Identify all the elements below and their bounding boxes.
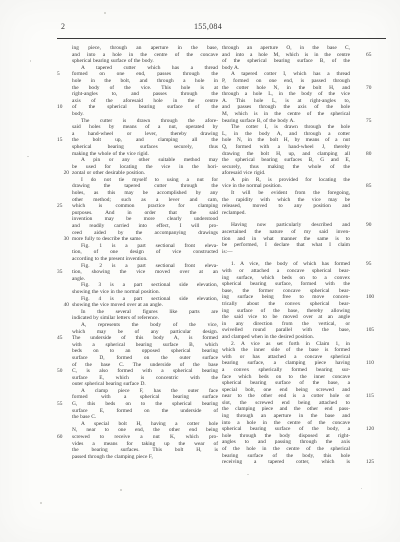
text-line: spherical bearing surface of the body. [72, 58, 218, 65]
text-line: drawing the tapered cutter through the [72, 183, 218, 190]
text-line-content: making the whole of the vice rigid. [72, 151, 149, 157]
text-line-content: passed through the clamping piece F, [72, 454, 153, 460]
text-line: the base C. [72, 414, 218, 421]
text-line-content: M, which is in the centre of the spheric… [222, 111, 350, 117]
text-line-content: outer spherical bearing surface D. [72, 381, 146, 387]
text-line-content: bearing surface, a clamping piece having [222, 360, 350, 366]
text-line-content: ascertained the nature of my said inven- [222, 229, 350, 235]
text-line-content: the bearing surfaces. This bolt H, is [72, 447, 218, 453]
text-line-content: Fig. 3 is a part sectional side elevatio… [81, 282, 218, 288]
text-line-content: through a hole L, in the body of the vic… [222, 91, 350, 97]
text-line: with or attached a concave spherical bea… [222, 268, 350, 275]
text-line-content: purposes. And in order that the said [72, 210, 218, 216]
line-number: 10 [57, 104, 69, 111]
text-line: of the spherical bearing surface of the1… [72, 104, 218, 111]
text-line-content: A. This hole L, is at right-angles to, [222, 98, 350, 104]
text-line: spherical bearing surfaces securely, thu… [72, 144, 218, 151]
text-line-content: indicated by similar letters of referenc… [72, 315, 159, 321]
line-number: 105 [366, 327, 382, 334]
text-line-content: be performed, I declare that what I clai… [222, 242, 350, 248]
text-line: I do not tie myself to using a nut for [72, 177, 218, 184]
text-line-content: P, formed on one end, is passed through [222, 78, 350, 84]
line-number: 30 [57, 236, 69, 243]
text-line-content: tion, showing the vice moved over at an [72, 269, 218, 275]
line-number: 115 [366, 393, 382, 400]
text-line-content: securely, thus making the whole of the [222, 164, 350, 170]
text-line: formed on one end, passes through the5 [72, 71, 218, 78]
text-line-content: L, in the body A, and through a cotter [222, 131, 350, 137]
text-line-content: A pin or any other suitable method may [81, 157, 218, 163]
text-line: hole in the bolt, and through a hole in [72, 78, 218, 85]
text-line: Fig. 2 is a part sectional front eleva- [72, 263, 218, 270]
text-line-content: and readily carried into effect, I will … [72, 223, 218, 229]
line-number: 65 [366, 52, 382, 59]
text-line: surface E, formed on the underside of [72, 408, 218, 415]
scan-speck [30, 60, 31, 62]
text-line-content: ing through an aperture in the base and [222, 413, 350, 419]
text-line-content: of the spherical bearing surface B, of t… [222, 58, 350, 64]
text-line: It will be evident from the foregoing, [222, 190, 350, 197]
text-line-content: drawing the tapered cutter through the [72, 183, 218, 189]
text-line-content: angle. [72, 276, 85, 282]
text-line: bearing surface B, of the body A.75 [222, 118, 350, 125]
line-number: 70 [366, 85, 382, 92]
line-number: 125 [366, 459, 382, 466]
line-number: 90 [366, 222, 382, 229]
text-line: C, is also formed with a spherical beari… [72, 368, 218, 375]
header-rule [57, 38, 386, 39]
text-line-content: spherical bearing surface of the body. [72, 58, 154, 64]
text-line: of the spherical bearing surface B, of t… [222, 58, 350, 65]
text-line-content: beds on to an opposed spherical bearing [72, 348, 218, 354]
text-line: screwed to receive a nut K, which pro-60 [72, 434, 218, 441]
text-line: and readily carried into effect, I will … [72, 223, 218, 230]
text-line: and clamped when in the desired position… [222, 334, 350, 341]
text-line-content: tion, of one design of vice constructed [72, 249, 218, 255]
text-line-content: The underside of this body A, is formed [72, 335, 218, 341]
text-line: ing surface of the base, thereby allowin… [222, 308, 350, 315]
text-line-content: the cotter hole N, in the bolt H, and [222, 85, 350, 91]
text-line-content: angles to and passing through the axis [222, 439, 350, 445]
text-line-content: ing surface, which beds on to a convex [222, 275, 350, 281]
line-number: 35 [57, 269, 69, 276]
line-number: 5 [57, 71, 69, 78]
text-line: Fig. 3 is a part sectional side elevatio… [72, 282, 218, 289]
text-line: which the inner side of the base is form… [222, 347, 350, 354]
text-line-content: surface E, formed on the underside of [72, 408, 218, 414]
text-line: hole N, in the bolt H, by means of a nut [222, 137, 350, 144]
text-line-content: In the several figures like parts are [81, 309, 218, 315]
text-line-content: surface D, formed on the outer surface [72, 355, 218, 361]
text-line-content: a hand-wheel or lever, thereby drawing [72, 131, 218, 137]
scan-speck [120, 489, 122, 491]
text-line: near to the other end is a cotter hole o… [222, 393, 350, 400]
text-line: bearing surface, a clamping piece having… [222, 360, 350, 367]
text-line-content: through an aperture O, in the base C, [222, 45, 350, 51]
line-number: 50 [57, 368, 69, 375]
text-line: and passes through the axis of the hole [222, 104, 350, 111]
text-line-content: hole in the bolt, and through a hole in [72, 78, 218, 84]
text-line-content: The cutter is drawn through the afore- [81, 118, 218, 124]
text-line-content: face which beds on to the inner concave [222, 374, 350, 380]
text-line-content: drawing the bolt H, up, and clamping all [222, 151, 350, 157]
text-line-content: A pin R, is provided for locating the [231, 177, 350, 183]
text-line-content: zontal or other desirable position. [72, 170, 145, 176]
text-line: be performed, I declare that what I clai… [222, 242, 350, 249]
text-line-content: screwed to receive a nut K, which pro- [72, 434, 218, 440]
line-number: 25 [57, 203, 69, 210]
text-line: be used for locating the vice in the hor… [72, 164, 218, 171]
line-number: 60 [57, 434, 69, 441]
text-line-content: of the hole in the centre of the spheric… [222, 446, 350, 452]
text-line-content: hole through the body disposed at right- [222, 433, 350, 439]
text-line-content: of the base C. The underside of the base [72, 362, 218, 368]
text-line: slot, the screwed end being attached to [222, 400, 350, 407]
text-line-content: Fig. 2 is a part sectional front eleva- [81, 263, 218, 269]
text-line-content: A, represents the body of the vice, [81, 322, 218, 328]
text-line-content: A special bolt H, having a cotter hole [81, 421, 218, 427]
text-line-content: showing the vice in the normal position. [72, 289, 160, 295]
text-line: receiving a tapered cotter, which is125 [222, 459, 350, 466]
text-line-content: according to the present invention. [72, 256, 148, 262]
text-line-content: receiving a tapered cotter, which is [222, 459, 350, 465]
text-line-content: Having now particularly described and [231, 222, 350, 228]
text-line-content: the body of the vice. This hole is at [72, 85, 218, 91]
text-line-content: special bolt, one end being screwed and [222, 387, 350, 393]
text-line: in any direction from the vertical, or [222, 321, 350, 328]
text-line: bearing surface of the body, this hole [222, 453, 350, 460]
text-line-content: Q, formed with a hand-wheel J, thereby [222, 144, 350, 150]
text-line: the body of the vice. This hole is at [72, 85, 218, 92]
text-line-content: A clamp piece F, has the outer face [81, 388, 218, 394]
text-line: purposes. And in order that the said [72, 210, 218, 217]
text-line-content: vides a means for taking up the wear of [72, 441, 218, 447]
column-left: ing piece, through an aperture in the ba… [72, 45, 218, 460]
text-line: showing the vice moved over at an angle.… [72, 302, 218, 309]
line-number: 55 [57, 401, 69, 408]
text-line: trically about the convex spherical bear… [222, 301, 350, 308]
line-number: 80 [366, 151, 382, 158]
line-number: 45 [57, 335, 69, 342]
text-line: A pin or any other suitable method may [72, 157, 218, 164]
text-line-content: C, is also formed with a spherical beari… [72, 368, 218, 374]
text-line-content: N, near to one end, the other end being [72, 427, 218, 433]
text-line-content: A tapered cotter I, which has a thread [231, 71, 350, 77]
text-line-content: invention may be more clearly understood [72, 216, 218, 222]
text-line: Fig. 4 is a part sectional side elevatio… [72, 296, 218, 303]
text-line: making the whole of the vice rigid. [72, 151, 218, 158]
text-line: A tapered cotter I, which has a thread [222, 71, 350, 78]
text-line-content: aforesaid vice rigid. [222, 170, 265, 176]
text-line-content: ceed aided by the accompanying drawings [72, 230, 218, 236]
text-line: 1. A vice, the body of which has formed9… [222, 261, 350, 268]
text-line-content: bearing surface of the body, this hole [222, 453, 350, 459]
text-line-content: and into a hole M, which is in the centr… [222, 52, 350, 58]
scan-speck [361, 488, 362, 489]
text-line-content: Fig. 1 is a part sectional front eleva- [81, 243, 218, 249]
text-line: spherical bearing surface, formed with t… [222, 281, 350, 288]
text-line-content: reclamped. [222, 210, 246, 216]
scan-speck [247, 474, 249, 475]
text-line: the clamping piece and the other end pas… [222, 406, 350, 413]
text-line: tion, showing the vice moved over at an3… [72, 269, 218, 276]
text-line-content: near to the other end is a cotter hole o… [222, 393, 350, 399]
text-line: the bearing surfaces. This bolt H, is [72, 447, 218, 454]
text-line-content: and clamped when in the desired position… [222, 334, 314, 340]
text-line-content: with or attached a concave spherical bea… [222, 268, 350, 274]
text-line-content: trically about the convex spherical bear… [222, 301, 350, 307]
text-line: aforesaid vice rigid. [222, 170, 350, 177]
text-line-content: spherical bearing surfaces securely, thu… [72, 144, 218, 150]
text-line: through an aperture O, in the base C, [222, 45, 350, 52]
line-number: 120 [366, 426, 382, 433]
text-line: a convex spherically formed bearing sur- [222, 367, 350, 374]
text-line: which is common practice for clamping25 [72, 203, 218, 210]
text-line: right-angles to, and passes through the [72, 91, 218, 98]
text-line: angle. [72, 276, 218, 283]
scan-speck [27, 156, 29, 157]
text-line: showing the vice in the normal position. [72, 289, 218, 296]
page-number: 2 [61, 22, 65, 31]
text-line: A, represents the body of the vice, [72, 322, 218, 329]
text-line: the bolt up, and clamping all the15 [72, 137, 218, 144]
text-line-content: formed with a spherical bearing surface [72, 394, 218, 400]
text-line: of the hole in the centre of the spheric… [222, 446, 350, 453]
text-line-content: The cotter I, is drawn through the hole [231, 124, 350, 130]
text-line: spherical bearing surface of the body, a… [222, 426, 350, 433]
text-line-content: swivelled round parallel with the base, [222, 327, 350, 333]
text-line-content: released, moved to any position and [222, 203, 350, 209]
text-line-content: 2. A vice as set forth in Claim 1, in [231, 341, 350, 347]
text-line: beds on to an opposed spherical bearing [72, 348, 218, 355]
text-line: holes, as this may be accomplished by an… [72, 190, 218, 197]
text-line: swivelled round parallel with the base,1… [222, 327, 350, 334]
text-line: through a hole L, in the body of the vic… [222, 91, 350, 98]
text-line-content: axis of the aforesaid hole in the centre [72, 98, 218, 104]
text-line-content: the spherical bearing surfaces B, G and … [222, 157, 350, 163]
text-line: P, formed on one end, is passed through [222, 78, 350, 85]
text-line-content: holes, as this may be accomplished by an… [72, 190, 218, 196]
line-number: 85 [366, 183, 382, 190]
text-line-content: be used for locating the vice in the hor… [72, 164, 218, 170]
text-line-content: It will be evident from the foregoing, [231, 190, 350, 196]
text-line: said holes by means of a nut, operated b… [72, 124, 218, 131]
text-line-content: hole N, in the bolt H, by means of a nut [222, 137, 350, 143]
text-line-content: ing surface being free to move concen- [222, 294, 350, 300]
line-number: 100 [366, 294, 382, 301]
text-line-content: other method; such as a lever and cam, [72, 197, 218, 203]
text-line-content: of the spherical bearing surface of the [72, 104, 218, 110]
text-line: hole through the body disposed at right- [222, 433, 350, 440]
text-line-content: Fig. 4 is a part sectional side elevatio… [81, 296, 218, 302]
text-line: M, which is in the centre of the spheric… [222, 111, 350, 118]
text-line: body. [72, 111, 218, 118]
text-line: a hand-wheel or lever, thereby drawing [72, 131, 218, 138]
text-line: ing through an aperture in the base and [222, 413, 350, 420]
text-line-content: the bolt up, and clamping all the [72, 137, 218, 143]
text-line: The cotter I, is drawn through the hole [222, 124, 350, 131]
text-line-content: bearing surface B, of the body A. [222, 118, 295, 124]
text-line: the said vice to be moved over at an ang… [222, 314, 350, 321]
text-line-content: which the inner side of the base is form… [222, 347, 350, 353]
text-line-content: surface E, which is concentric with the [72, 375, 218, 381]
text-line-content: G, this beds on to the spherical bearing [72, 401, 218, 407]
text-line-content: into a hole in the centre of the concave [222, 420, 350, 426]
scan-speck [40, 502, 42, 504]
text-line-content: slot, the screwed end being attached to [222, 400, 350, 406]
line-number: 15 [57, 137, 69, 144]
text-line-content: a convex spherically formed bearing sur- [222, 367, 350, 373]
text-line: outer spherical bearing surface D. [72, 381, 218, 388]
line-number: 40 [57, 302, 69, 309]
text-line: more fully to describe the same.30 [72, 236, 218, 243]
text-line: released, moved to any position and [222, 203, 350, 210]
text-line: formed with a spherical bearing surface [72, 394, 218, 401]
text-line-content: which is common practice for clamping [72, 203, 218, 209]
scan-speck [104, 12, 106, 14]
text-line: body A. [222, 65, 350, 72]
text-line-content: the clamping piece and the other end pas… [222, 406, 350, 412]
text-line-content: tion and in what manner the same is to [222, 236, 350, 242]
line-number: 20 [57, 170, 69, 177]
text-line: spherical bearing surface of the base, a [222, 380, 350, 387]
text-line-content: formed on one end, passes through the [72, 71, 218, 77]
line-number: 110 [366, 360, 382, 367]
text-line-content: with a spherical bearing surface B, whic… [72, 342, 218, 348]
text-line-content: vice in the normal position. [222, 183, 282, 189]
text-line-content: ing piece, through an aperture in the ba… [72, 45, 218, 51]
text-line: ing surface being free to move concen-10… [222, 294, 350, 301]
text-line-content: is:— [222, 249, 232, 255]
text-line-content: which may be of any particular design. [72, 329, 218, 335]
text-line: surface D, formed on the outer surface [72, 355, 218, 362]
text-line-content: showing the vice moved over at an angle. [72, 302, 163, 308]
text-line: special bolt, one end being screwed and [222, 387, 350, 394]
text-line: N, near to one end, the other end being [72, 427, 218, 434]
text-line: the rapidity with which the vice may be [222, 197, 350, 204]
text-line: passed through the clamping piece F, [72, 454, 218, 461]
text-line-content: I do not tie myself to using a nut for [81, 177, 218, 183]
text-line: indicated by similar letters of referenc… [72, 315, 218, 322]
text-line: reclamped. [222, 210, 350, 217]
text-line-content: right-angles to, and passes through the [72, 91, 218, 97]
line-number: 95 [366, 261, 382, 268]
text-line-content: and passes through the axis of the hole [222, 104, 350, 110]
text-line-content: body A. [222, 65, 239, 71]
patent-number: 155,084 [156, 22, 260, 31]
text-line: the spherical bearing surfaces B, G and … [222, 157, 350, 164]
text-line: G, this beds on to the spherical bearing… [72, 401, 218, 408]
text-line: with a spherical bearing surface B, whic… [72, 342, 218, 349]
patent-page: 2 155,084 ing piece, through an aperture… [0, 0, 400, 542]
text-line: tion, of one design of vice constructed [72, 249, 218, 256]
text-line: Q, formed with a hand-wheel J, thereby [222, 144, 350, 151]
text-line-content: with or has attached a concave spherical [222, 354, 350, 360]
text-line: according to the present invention. [72, 256, 218, 263]
column-right: through an aperture O, in the base C,and… [222, 45, 350, 466]
text-line-content: spherical bearing surface of the base, a [222, 380, 350, 386]
text-line: ascertained the nature of my said inven- [222, 229, 350, 236]
text-line-content: said holes by means of a nut, operated b… [72, 124, 218, 130]
text-line-content: 1. A vice, the body of which has formed [231, 261, 350, 267]
text-line-content: the said vice to be moved over at an ang… [222, 314, 350, 320]
text-line-content: body. [72, 111, 84, 117]
text-line: is:— [222, 249, 350, 256]
text-line-content: base, the former concave spherical bear- [222, 288, 350, 294]
text-line-content: in any direction from the vertical, or [222, 321, 350, 327]
text-line: ing piece, through an aperture in the ba… [72, 45, 218, 52]
text-line: A pin R, is provided for locating the [222, 177, 350, 184]
text-line-content: the base C. [72, 414, 96, 420]
text-line-content: the rapidity with which the vice may be [222, 197, 350, 203]
text-line-content: ing surface of the base, thereby allowin… [222, 308, 350, 314]
text-line: A special bolt H, having a cotter hole [72, 421, 218, 428]
text-line-content: spherical bearing surface, formed with t… [222, 281, 350, 287]
text-line-content: more fully to describe the same. [72, 236, 142, 242]
text-line-content: A tapered cutter which has a thread [81, 65, 218, 71]
line-number: 75 [366, 118, 382, 125]
text-line-content: spherical bearing surface of the body, a [222, 426, 350, 432]
text-line: zontal or other desirable position.20 [72, 170, 218, 177]
text-line-content: and into a hole in the centre of the con… [72, 52, 218, 58]
text-line: The underside of this body A, is formed4… [72, 335, 218, 342]
